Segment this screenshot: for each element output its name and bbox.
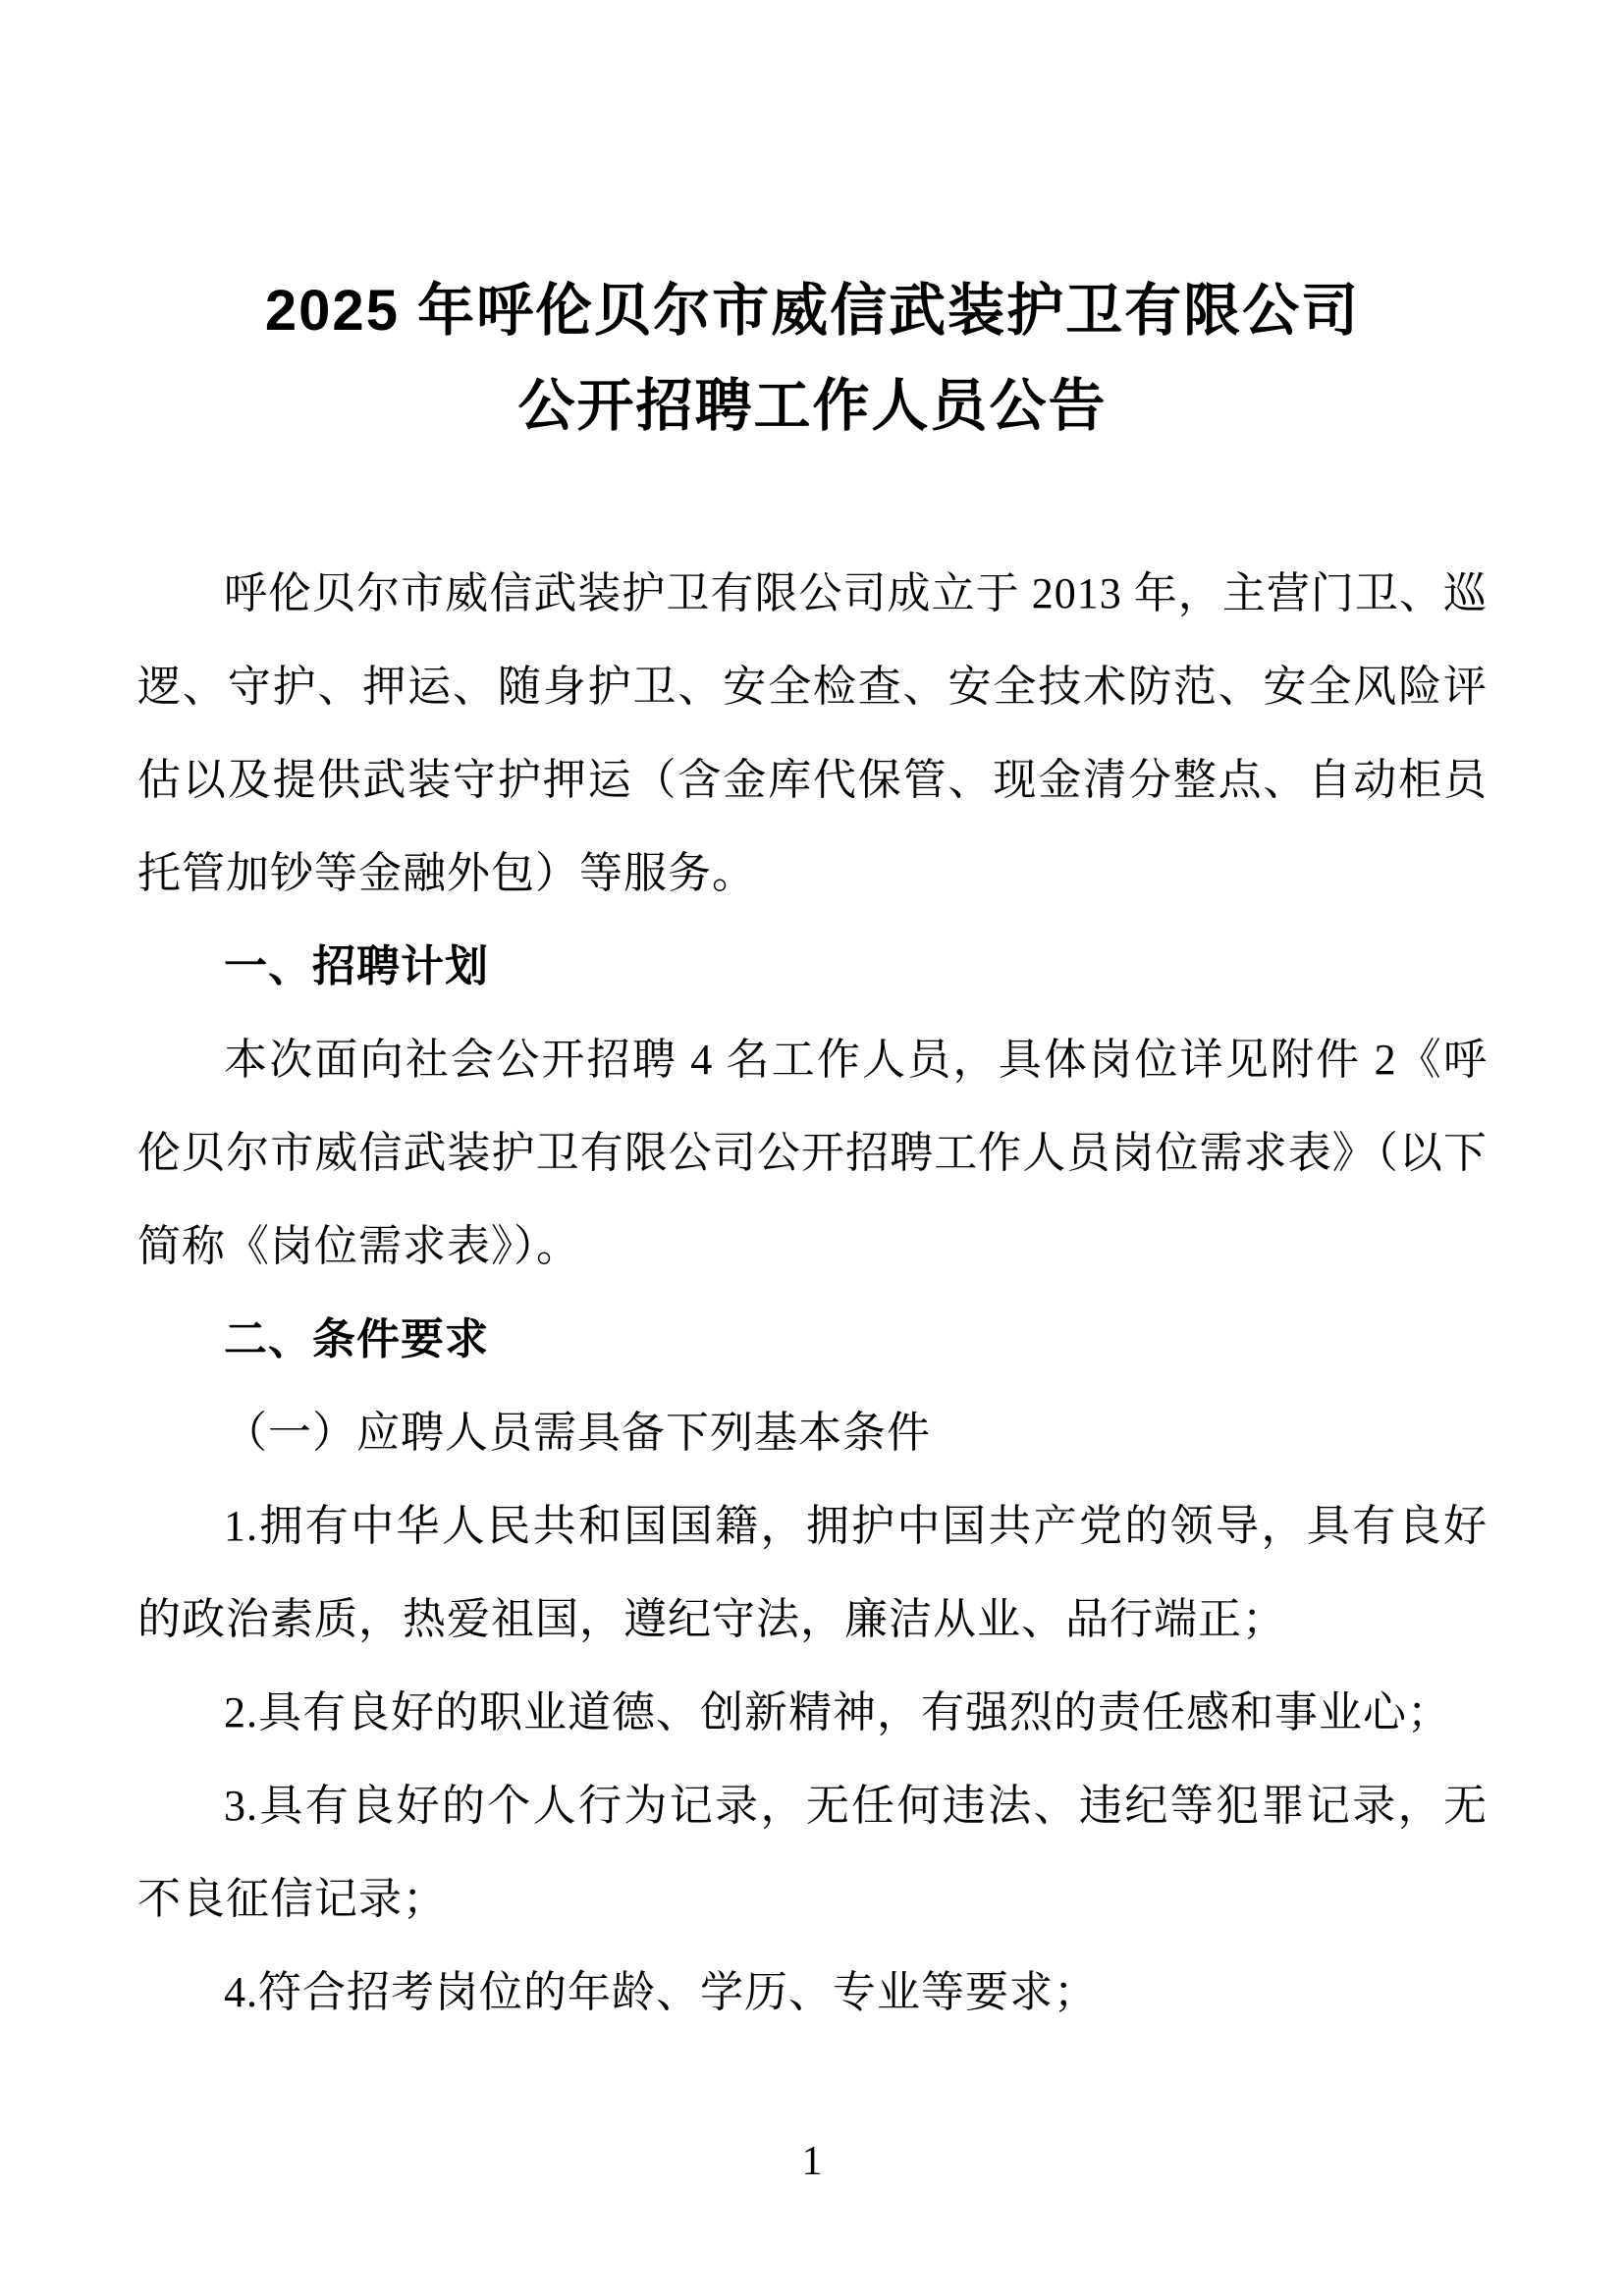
page-number: 1 [0,2132,1624,2191]
condition-item-4: 4.符合招考岗位的年龄、学历、专业等要求； [137,1946,1488,2039]
document-page: 2025 年呼伦贝尔市威信武装护卫有限公司 公开招聘工作人员公告 呼伦贝尔市威信… [0,0,1624,2296]
basic-conditions-subheading: （一）应聘人员需具备下列基本条件 [137,1386,1488,1479]
document-title: 2025 年呼伦贝尔市威信武装护卫有限公司 公开招聘工作人员公告 [137,263,1488,454]
document-content: 2025 年呼伦贝尔市威信武装护卫有限公司 公开招聘工作人员公告 呼伦贝尔市威信… [137,263,1488,2039]
section-heading-requirements: 二、条件要求 [137,1293,1488,1386]
recruitment-plan-paragraph: 本次面向社会公开招聘 4 名工作人员，具体岗位详见附件 2《呼伦贝尔市威信武装护… [137,1013,1488,1293]
section-heading-recruitment-plan: 一、招聘计划 [137,920,1488,1013]
doc-title-line1: 2025 年呼伦贝尔市威信武装护卫有限公司 [137,263,1488,358]
intro-paragraph: 呼伦贝尔市威信武装护卫有限公司成立于 2013 年，主营门卫、巡逻、守护、押运、… [137,547,1488,920]
condition-item-1: 1.拥有中华人民共和国国籍，拥护中国共产党的领导，具有良好的政治素质，热爱祖国，… [137,1479,1488,1666]
condition-item-3: 3.具有良好的个人行为记录，无任何违法、违纪等犯罪记录，无不良征信记录； [137,1759,1488,1946]
doc-title-line2: 公开招聘工作人员公告 [137,358,1488,454]
condition-item-2: 2.具有良好的职业道德、创新精神，有强烈的责任感和事业心； [137,1666,1488,1759]
